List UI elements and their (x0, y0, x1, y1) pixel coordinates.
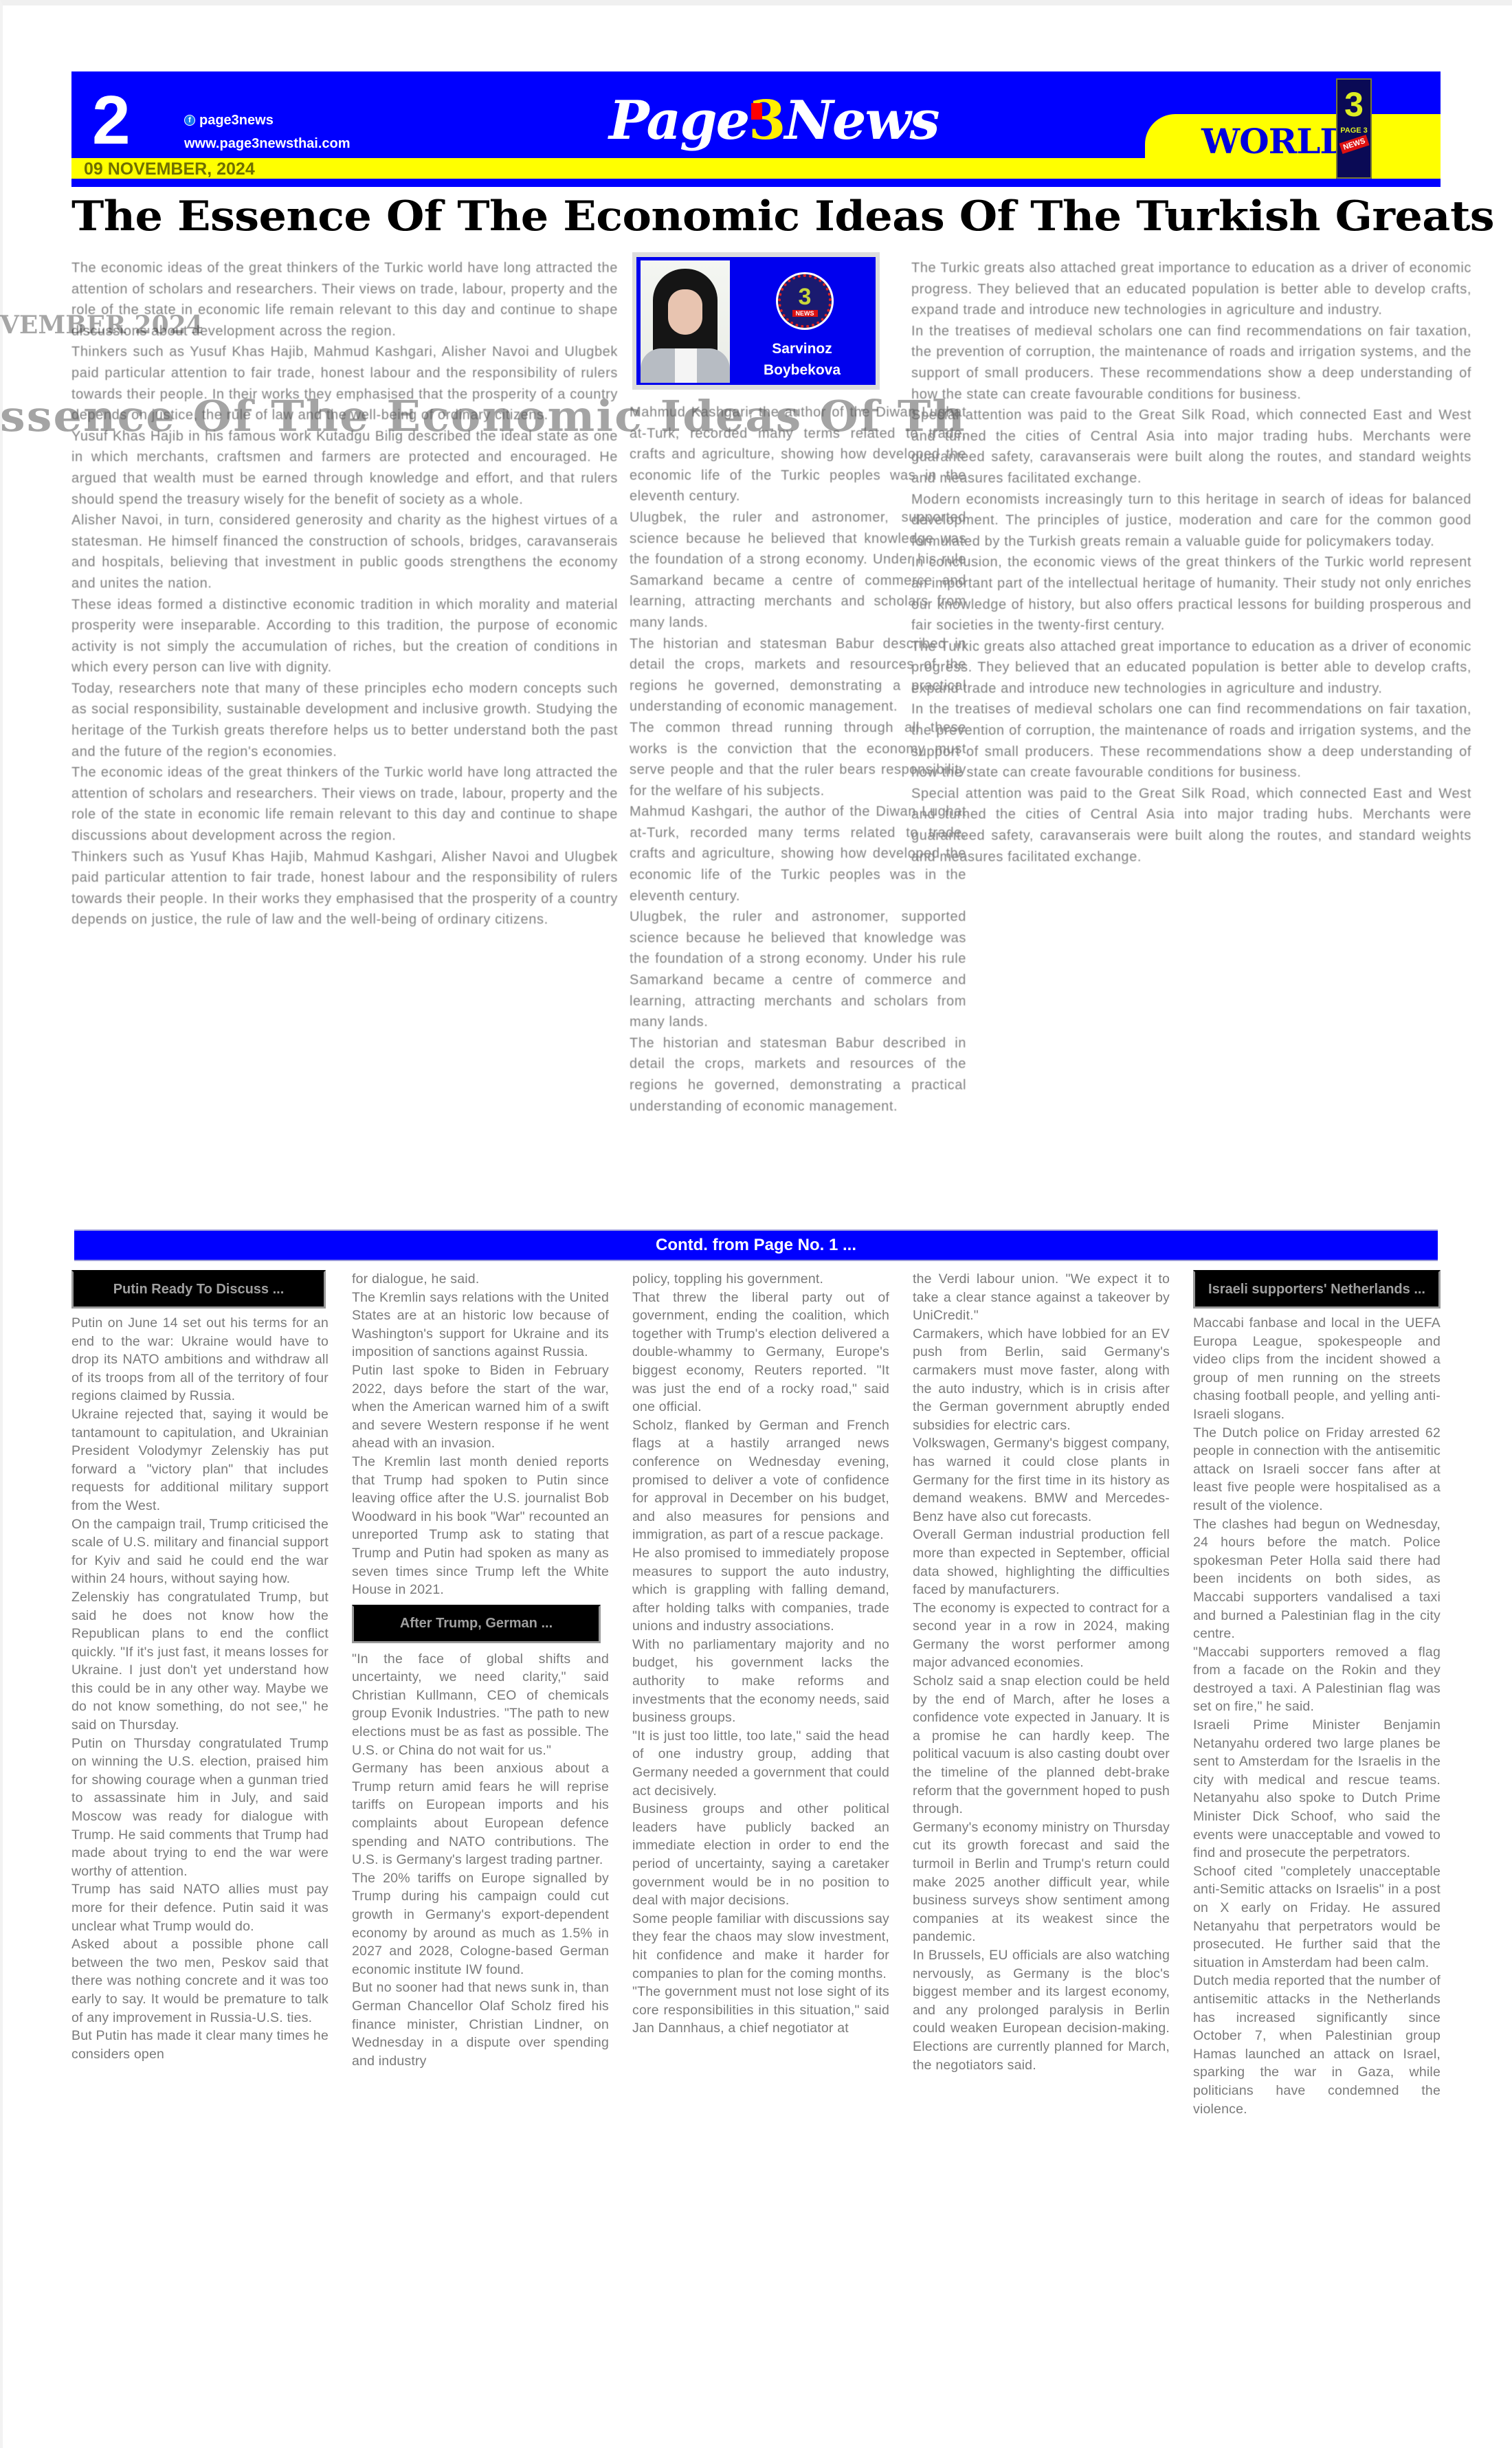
paragraph: But no sooner had that news sunk in, tha… (352, 1979, 609, 2070)
paragraph: "The government must not lose sight of i… (632, 1983, 889, 2038)
paragraph: Putin on Thursday congratulated Trump on… (71, 1735, 329, 1881)
paragraph: The historian and statesman Babur descri… (630, 1033, 966, 1117)
paragraph: policy, toppling his government. (632, 1270, 889, 1289)
paragraph: Thinkers such as Yusuf Khas Hajib, Mahmu… (71, 847, 618, 931)
paragraph: Germany has been anxious about a Trump r… (352, 1759, 609, 1869)
paragraph: Overall German industrial production fel… (913, 1526, 1170, 1599)
paragraph: The clashes had begun on Wednesday, 24 h… (1193, 1515, 1441, 1643)
continued-banner: Contd. from Page No. 1 ... (74, 1229, 1438, 1261)
author-name: Sarvinoz Boybekova (730, 338, 874, 381)
paragraph: In Brussels, EU officials are also watch… (913, 1946, 1170, 2074)
paragraph: Scholz said a snap election could be hel… (913, 1672, 1170, 1818)
paragraph: Special attention was paid to the Great … (911, 405, 1471, 489)
paragraph: Trump has said NATO allies must pay more… (71, 1880, 329, 1935)
emblem-text: NEWS (792, 310, 818, 317)
paragraph: Ulugbek, the ruler and astronomer, suppo… (630, 906, 966, 1033)
paragraph: The Dutch police on Friday arrested 62 p… (1193, 1424, 1441, 1515)
paragraph: Israeli Prime Minister Benjamin Netanyah… (1193, 1716, 1441, 1862)
logo-text-page: Page (609, 89, 748, 152)
paragraph: for dialogue, he said. (352, 1270, 609, 1289)
paragraph: Germany's economy ministry on Thursday c… (913, 1818, 1170, 1946)
section-title-netherlands: Israeli supporters' Netherlands ... (1193, 1270, 1441, 1309)
badge-line2: NEWS (1339, 135, 1369, 154)
facebook-handle[interactable]: page3news (199, 109, 274, 132)
paragraph: The Turkic greats also attached great im… (911, 636, 1471, 700)
issue-date: 09 NOVEMBER, 2024 (84, 159, 255, 179)
paragraph: Today, researchers note that many of the… (71, 678, 618, 762)
author-last-name: Boybekova (730, 359, 874, 381)
paragraph: In the treatises of medieval scholars on… (911, 321, 1471, 405)
paragraph: "Maccabi supporters removed a flag from … (1193, 1643, 1441, 1716)
continued-column-3: policy, toppling his government. That th… (632, 1270, 889, 2377)
continued-section: Putin Ready To Discuss ... Putin on June… (71, 1270, 1441, 2390)
paragraph: The economic ideas of the great thinkers… (71, 258, 618, 342)
paragraph: The Kremlin says relations with the Unit… (352, 1289, 609, 1361)
paragraph: Business groups and other political lead… (632, 1800, 889, 1910)
paragraph: On the campaign trail, Trump criticised … (71, 1515, 329, 1588)
paragraph: Mahmud Kashgari, the author of the Diwan… (630, 402, 966, 507)
section-title-germany: After Trump, German ... (352, 1605, 601, 1643)
paragraph: He also promised to immediately propose … (632, 1544, 889, 1636)
badge-number: 3 (1344, 85, 1364, 124)
website-link[interactable]: www.page3newsthai.com (184, 132, 351, 155)
paragraph: Asked about a possible phone call betwee… (71, 1935, 329, 2027)
paragraph: Zelenskiy has congratulated Trump, but s… (71, 1588, 329, 1735)
facebook-icon: f (184, 115, 195, 126)
paragraph: Special attention was paid to the Great … (911, 783, 1471, 867)
column-text: for dialogue, he said. The Kremlin says … (352, 1270, 609, 1599)
main-article: The economic ideas of the great thinkers… (71, 258, 1474, 1216)
masthead: 09 NOVEMBER, 2024 2 f page3news www.page… (71, 71, 1441, 187)
social-links: f page3news www.page3newsthai.com (184, 109, 351, 155)
paragraph: Thinkers such as Yusuf Khas Hajib, Mahmu… (71, 342, 618, 425)
paragraph: Mahmud Kashgari, the author of the Diwan… (630, 801, 966, 906)
paragraph: The Turkic greats also attached great im… (911, 258, 1471, 321)
author-card-inner: 3 NEWS Sarvinoz Boybekova (636, 257, 876, 385)
page3-news-badge-icon: 3 PAGE 3 NEWS (1336, 78, 1372, 179)
continued-column-2: for dialogue, he said. The Kremlin says … (352, 1270, 609, 2377)
paragraph: Putin on June 14 set out his terms for a… (71, 1314, 329, 1405)
column-text: Putin on June 14 set out his terms for a… (71, 1314, 329, 2063)
section-title-putin: Putin Ready To Discuss ... (71, 1270, 326, 1309)
paragraph: Maccabi fanbase and local in the UEFA Eu… (1193, 1314, 1441, 1424)
paragraph: These ideas formed a distinctive economi… (71, 594, 618, 678)
paragraph: Scholz, flanked by German and French fla… (632, 1416, 889, 1544)
paragraph: Volkswagen, Germany's biggest company, h… (913, 1434, 1170, 1526)
continued-column-4: the Verdi labour union. "We expect it to… (913, 1270, 1170, 2377)
badge-line1: PAGE 3 (1340, 126, 1368, 135)
continued-column-1: Putin Ready To Discuss ... Putin on June… (71, 1270, 329, 2377)
paragraph: In the treatises of medieval scholars on… (911, 699, 1471, 783)
paragraph: But Putin has made it clear many times h… (71, 2027, 329, 2063)
newspaper-logo: Page3News (609, 87, 939, 155)
masthead-bottom-strip (71, 179, 1441, 187)
photo-face (668, 289, 702, 335)
paragraph: The common thread running through all th… (630, 717, 966, 801)
paragraph: "In the face of global shifts and uncert… (352, 1650, 609, 1760)
paragraph: The economy is expected to contract for … (913, 1599, 1170, 1672)
paragraph: Dutch media reported that the number of … (1193, 1972, 1441, 2118)
author-photo (641, 260, 730, 383)
paragraph: The economic ideas of the great thinkers… (71, 762, 618, 846)
logo-text-three: 3 (748, 89, 784, 152)
paragraph: With no parliamentary majority and no bu… (632, 1636, 889, 1727)
article-column-3: The Turkic greats also attached great im… (911, 258, 1471, 1213)
article-column-1: The economic ideas of the great thinkers… (71, 258, 618, 1213)
column-text: policy, toppling his government. That th… (632, 1270, 889, 2038)
paragraph: "It is just too little, too late," said … (632, 1727, 889, 1800)
paragraph: Putin last spoke to Biden in February 20… (352, 1361, 609, 1453)
paragraph: Carmakers, which have lobbied for an EV … (913, 1325, 1170, 1435)
column-text: Maccabi fanbase and local in the UEFA Eu… (1193, 1314, 1441, 2118)
paragraph: Modern economists increasingly turn to t… (911, 489, 1471, 553)
article-column-2: Mahmud Kashgari, the author of the Diwan… (630, 402, 966, 1213)
photo-shirt (675, 348, 697, 383)
author-card: 3 NEWS Sarvinoz Boybekova (632, 252, 880, 390)
author-first-name: Sarvinoz (730, 338, 874, 359)
paragraph: That threw the liberal party out of gove… (632, 1289, 889, 1416)
paragraph: Ukraine rejected that, saying it would b… (71, 1405, 329, 1515)
paragraph: Yusuf Khas Hajib in his famous work Kuta… (71, 426, 618, 510)
paragraph: Some people familiar with discussions sa… (632, 1910, 889, 1983)
column-text: "In the face of global shifts and uncert… (352, 1650, 609, 2071)
page3-news-emblem-icon: 3 NEWS (778, 274, 832, 328)
paragraph: Ulugbek, the ruler and astronomer, suppo… (630, 507, 966, 634)
section-label: WORLD (1201, 114, 1349, 169)
paragraph: The 20% tariffs on Europe signalled by T… (352, 1869, 609, 1979)
column-text: the Verdi labour union. "We expect it to… (913, 1270, 1170, 2074)
page-number: 2 (92, 82, 131, 158)
logo-text-news: News (785, 89, 939, 152)
emblem-number: 3 (799, 285, 812, 309)
paragraph: The historian and statesman Babur descri… (630, 634, 966, 717)
article-headline: The Essence Of The Economic Ideas Of The… (71, 192, 1512, 241)
paragraph: Alisher Navoi, in turn, considered gener… (71, 510, 618, 594)
paragraph: the Verdi labour union. "We expect it to… (913, 1270, 1170, 1325)
continued-column-5: Israeli supporters' Netherlands ... Macc… (1193, 1270, 1441, 2377)
paragraph: In conclusion, the economic views of the… (911, 552, 1471, 636)
paragraph: Schoof cited "completely unacceptable an… (1193, 1862, 1441, 1972)
paragraph: The Kremlin last month denied reports th… (352, 1453, 609, 1599)
